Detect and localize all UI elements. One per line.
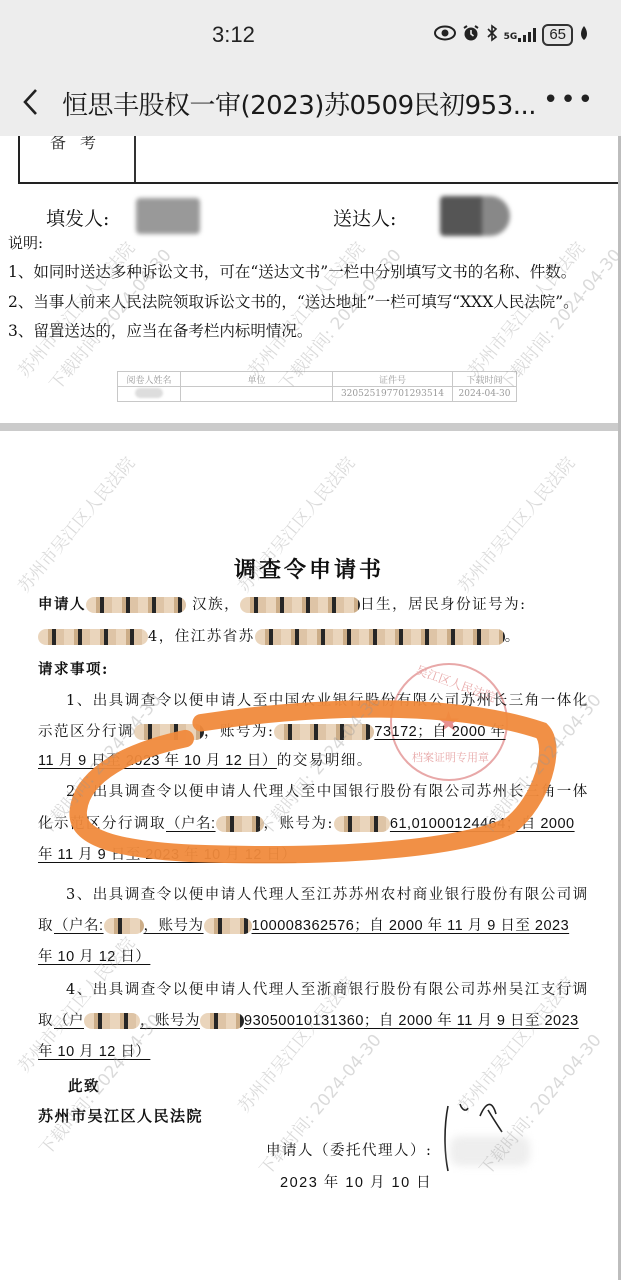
- applicant-label: 申请人: [38, 596, 86, 613]
- filler-label: 填发人:: [46, 204, 109, 231]
- filler-redaction: [136, 198, 200, 234]
- header-unit: 单位: [181, 372, 333, 387]
- table-row: 320525197701293514 2024-04-30: [118, 387, 517, 402]
- more-options-button[interactable]: •••: [543, 90, 595, 110]
- date-range: 年 10 月 12 日）: [38, 1044, 150, 1060]
- redaction: [274, 724, 374, 740]
- date-range: 11 月 9 日至 2023 年 10 月 12 日）: [38, 753, 277, 769]
- account-number: 93050010131360；自 2000 年 11 月 9 日至 2023: [244, 1013, 579, 1029]
- item-text: ，账号为: [144, 918, 204, 934]
- item-text: ，账号为:: [204, 724, 274, 740]
- cell-id-number: 320525197701293514: [333, 387, 453, 402]
- request-item-4-line-2: 取（户，账号为93050010131360；自 2000 年 11 月 9 日至…: [38, 1009, 579, 1030]
- address-end: 。: [505, 629, 521, 645]
- page-separator: [0, 423, 621, 431]
- chevron-left-icon: [14, 84, 50, 120]
- request-item-3-line-3: 年 10 月 12 日）: [38, 945, 150, 966]
- item-text: 示范区分行调: [38, 724, 134, 740]
- signature: [440, 1096, 530, 1176]
- table-divider: [134, 136, 136, 182]
- back-button[interactable]: [14, 84, 50, 120]
- table-header-row: 阅卷人姓名 单位 证件号 下载时间: [118, 372, 517, 387]
- applicant-id-tail: 4，住江苏省苏: [148, 629, 255, 645]
- request-item-3-line-1: 3、出具调查令以便申请人代理人至江苏苏州农村商业银行股份有限公司调: [66, 883, 589, 904]
- request-item-2-line-3: 年 11 月 9 日至 2023 年 10 月 12 日）: [38, 843, 296, 864]
- note-2: 2、当事人前来人民法院领取诉讼文书的，“送达地址”一栏可填写“XXX人民法院”。: [8, 290, 579, 312]
- redaction: [255, 629, 505, 645]
- request-item-2-line-1: 2、出具调查令以便申请人代理人至中国银行股份有限公司苏州长三角一体: [66, 780, 589, 801]
- redaction: [84, 1013, 140, 1029]
- bluetooth-icon: [486, 24, 498, 46]
- note-3: 3、留置送达的，应当在备考栏内标明情况。: [8, 319, 312, 341]
- battery-icon: 65: [542, 24, 573, 46]
- application-date: 2023 年 10 月 10 日: [280, 1171, 432, 1192]
- item-text: ，账号为:: [264, 816, 334, 832]
- status-icons: 5G 65: [434, 24, 589, 46]
- status-bar: 3:12 5G 65: [0, 0, 621, 70]
- page-1: 备考 填发人: 送达人: 说明: 1、如同时送达多种诉讼文书，可在“送达文书”一…: [0, 136, 618, 423]
- item-text: （户名:: [54, 918, 104, 934]
- redaction: [216, 816, 264, 832]
- item-text: 的交易明细。: [277, 753, 373, 769]
- account-number: 61,01000124464；自 2000: [390, 816, 575, 832]
- leaf-icon: [579, 25, 589, 45]
- access-log-table: 阅卷人姓名 单位 证件号 下载时间 320525197701293514 202…: [117, 371, 517, 402]
- redaction: [134, 724, 204, 740]
- redaction: [204, 918, 252, 934]
- request-item-1-line-2: 示范区分行调，账号为:73172；自 2000 年: [38, 720, 506, 741]
- alarm-icon: [462, 24, 480, 46]
- eye-icon: [434, 25, 456, 45]
- server-redaction: [440, 196, 510, 236]
- request-item-4-line-1: 4、出具调查令以便申请人代理人至浙商银行股份有限公司苏州吴江支行调: [66, 978, 589, 999]
- header-reader-name: 阅卷人姓名: [118, 372, 181, 387]
- item-text: （户名:: [166, 816, 216, 832]
- redaction: [240, 597, 360, 613]
- request-item-1-line-3: 11 月 9 日至 2023 年 10 月 12 日）的交易明细。: [38, 749, 373, 770]
- doc-title: 调查令申请书: [0, 553, 618, 584]
- server-label: 送达人:: [333, 204, 396, 231]
- applicant-line-2: 4，住江苏省苏。: [38, 625, 521, 646]
- account-number: 100008362576；自 2000 年 11 月 9 日至 2023: [252, 918, 570, 934]
- header-download-time: 下载时间: [453, 372, 517, 387]
- request-item-4-line-3: 年 10 月 12 日）: [38, 1040, 150, 1061]
- date-range: 年 10 月 12 日）: [38, 949, 150, 965]
- 5g-signal-icon: 5G: [504, 28, 537, 42]
- closing-salutation: 此致: [68, 1075, 100, 1096]
- page-2: 调查令申请书 申请人 汉族，日生，居民身份证号为: 4，住江苏省苏。 请求事项:…: [0, 431, 618, 1280]
- cell-download-time: 2024-04-30: [453, 387, 517, 402]
- date-range: 年 11 月 9 日至 2023 年 10 月 12 日）: [38, 847, 296, 863]
- redaction: [334, 816, 390, 832]
- remarks-table: 备考: [18, 136, 618, 184]
- item-text: 取: [38, 918, 54, 934]
- applicant-line-1: 申请人 汉族，日生，居民身份证号为:: [38, 593, 527, 614]
- item-text: 73172；自 2000 年: [374, 724, 505, 740]
- signer-label: 申请人（委托代理人）:: [266, 1139, 432, 1160]
- court-name: 苏州市吴江区人民法院: [38, 1105, 203, 1126]
- redaction: [86, 597, 186, 613]
- item-text: （户: [54, 1013, 84, 1029]
- item-text: 化示范区分行调取: [38, 816, 166, 832]
- applicant-ethnicity: 汉族，: [192, 597, 240, 613]
- document-title: 恒思丰股权一审(2023)苏0509民初953...: [62, 85, 536, 122]
- request-item-2-line-2: 化示范区分行调取（户名:，账号为:61,01000124464；自 2000: [38, 812, 575, 833]
- redaction: [104, 918, 144, 934]
- request-item-3-line-2: 取（户名:，账号为100008362576；自 2000 年 11 月 9 日至…: [38, 914, 569, 935]
- network-type: 5G: [504, 33, 518, 42]
- item-text: 取: [38, 1013, 54, 1029]
- note-1: 1、如同时送达多种诉讼文书，可在“送达文书”一栏中分别填写文书的名称、件数。: [8, 260, 576, 282]
- requests-title: 请求事项:: [38, 658, 109, 679]
- header-id-number: 证件号: [333, 372, 453, 387]
- remarks-label: 备考: [50, 136, 110, 153]
- redaction: [200, 1013, 244, 1029]
- document-viewer[interactable]: 备考 填发人: 送达人: 说明: 1、如同时送达多种诉讼文书，可在“送达文书”一…: [0, 136, 621, 1280]
- cell-unit: [181, 387, 333, 402]
- stamp-purpose-text: 档案证明专用章: [412, 749, 489, 765]
- status-time: 3:12: [212, 22, 255, 48]
- redaction: [38, 629, 148, 645]
- notes-title: 说明:: [8, 232, 43, 253]
- title-bar: 恒思丰股权一审(2023)苏0509民初953... •••: [0, 70, 621, 136]
- applicant-birth: 日生，居民身份证号为:: [360, 597, 526, 613]
- item-text: ，账号为: [140, 1013, 200, 1029]
- cell-reader-name: [118, 387, 181, 402]
- request-item-1-line-1: 1、出具调查令以便申请人至中国农业银行股份有限公司苏州长三角一体化: [66, 689, 589, 710]
